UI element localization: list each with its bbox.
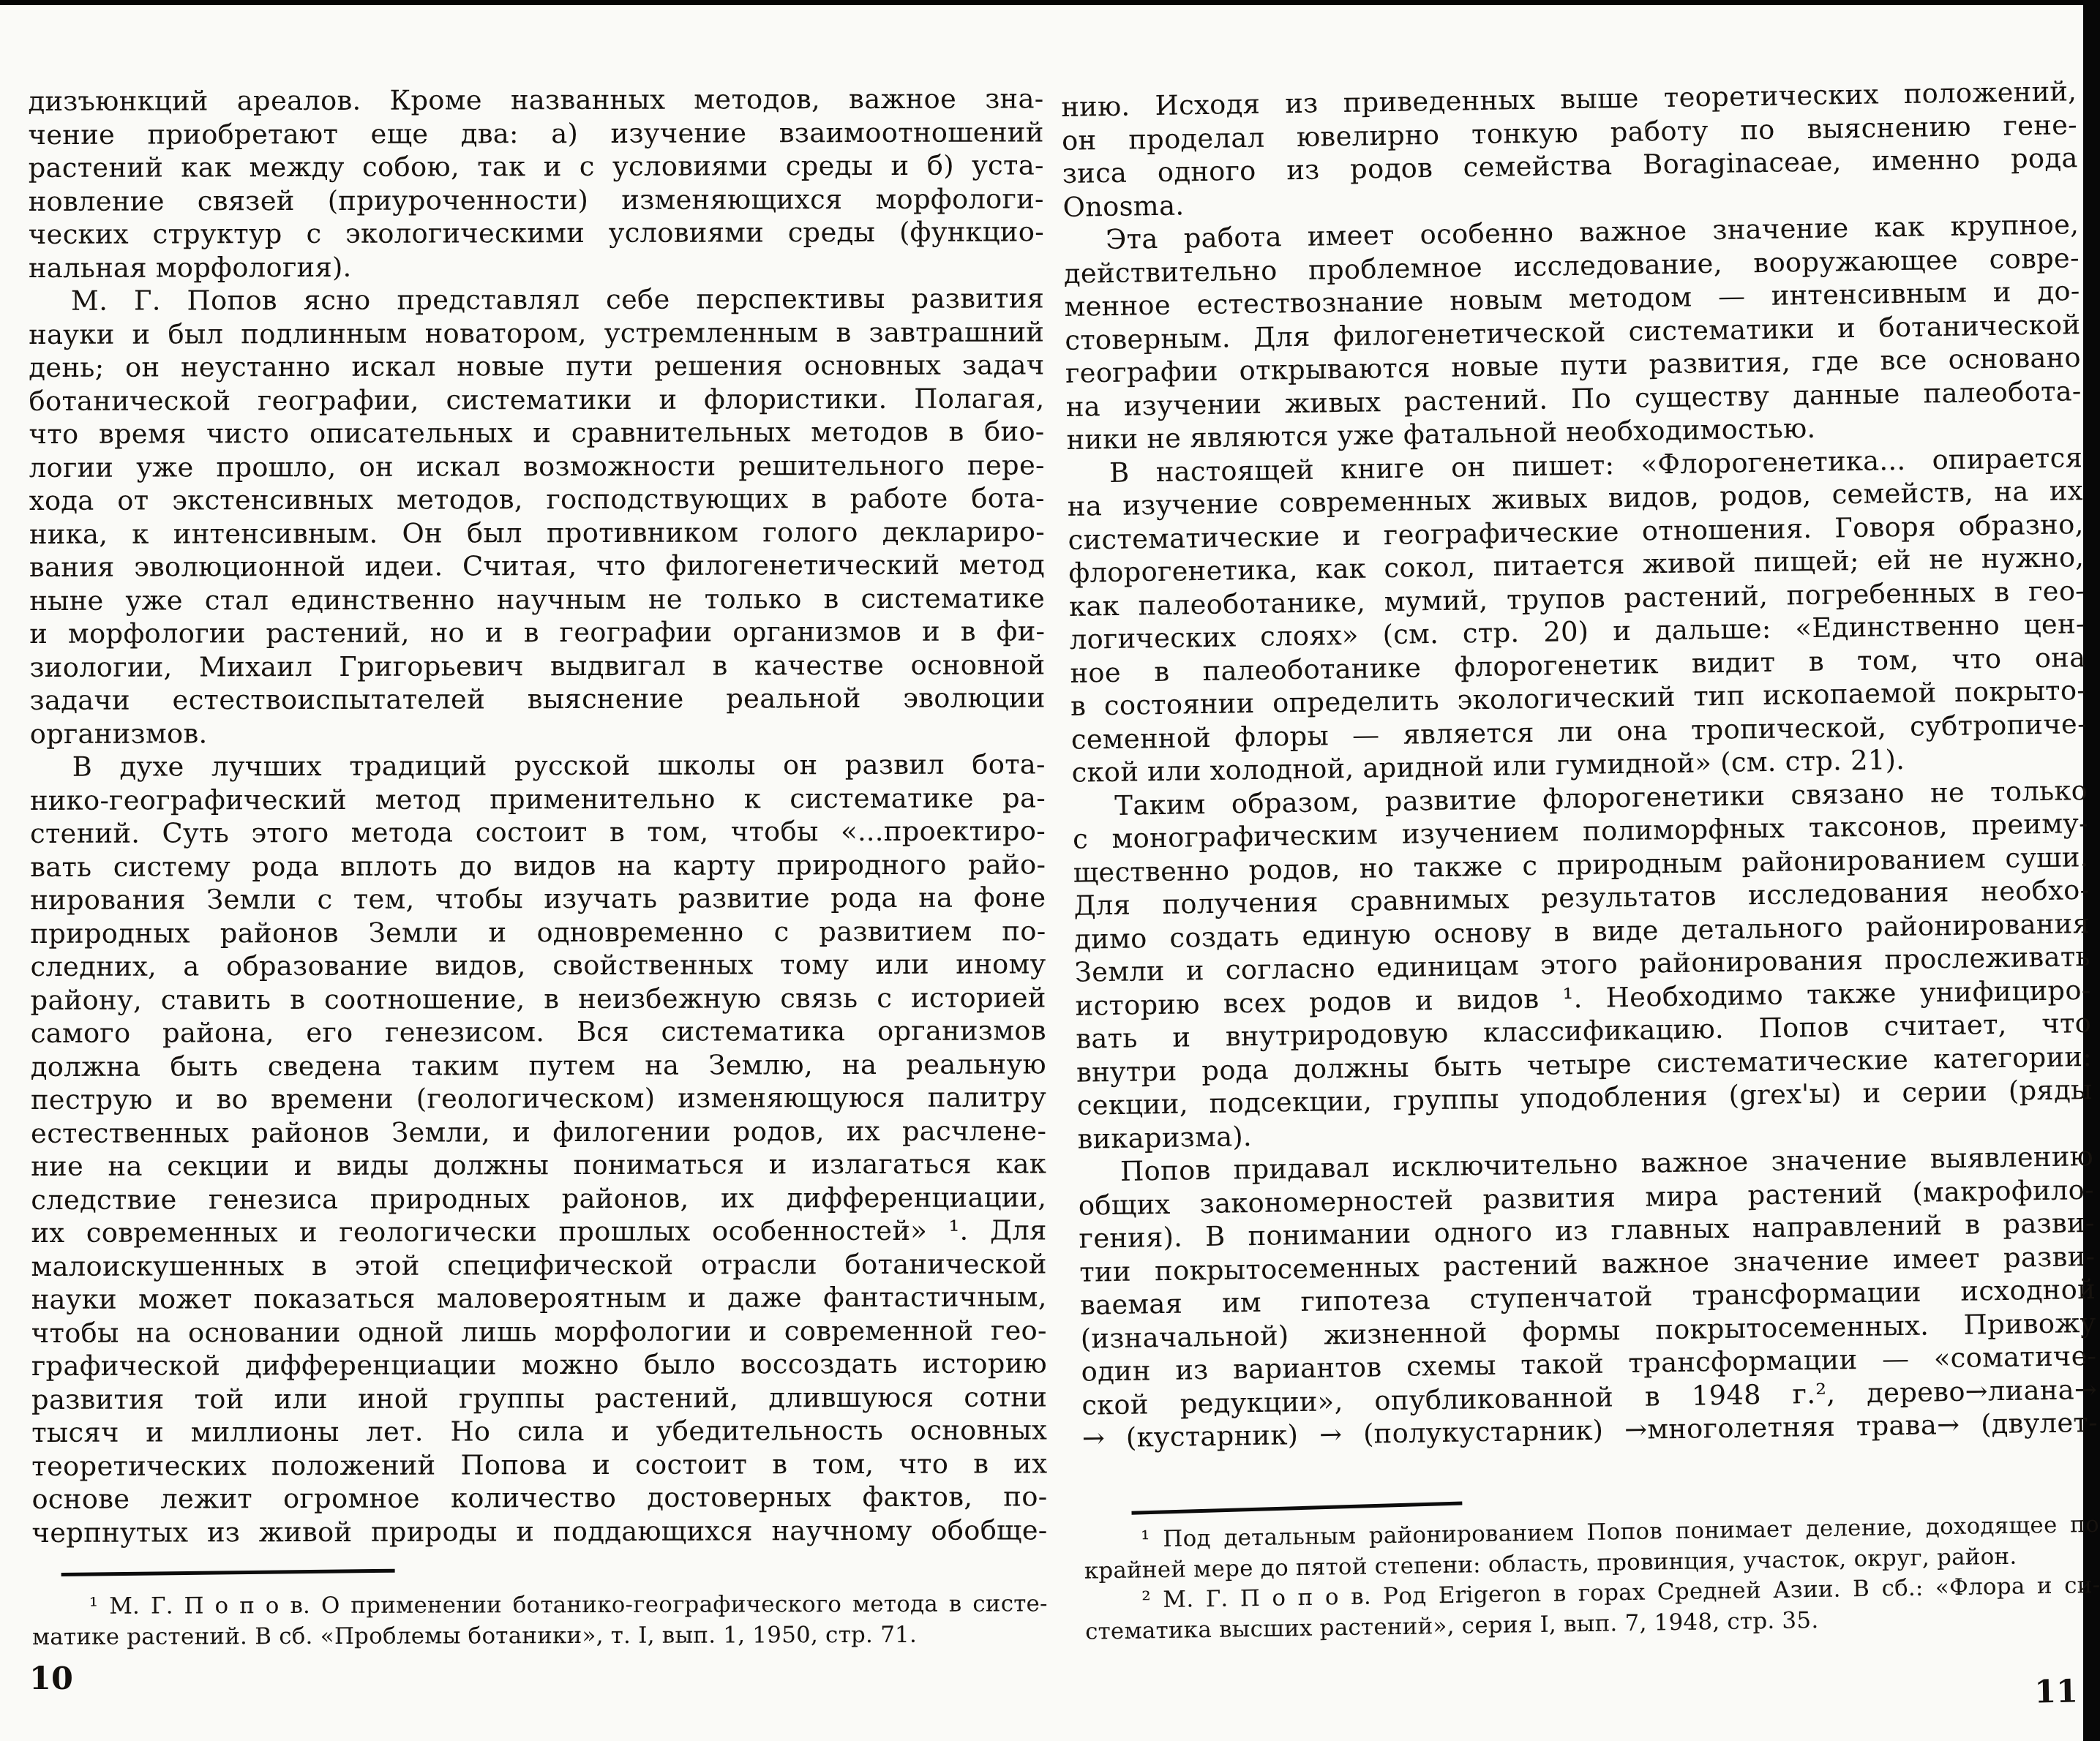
text-line: пеструю и во времени (геологическом) изм… xyxy=(31,1080,1046,1116)
text-line: матике растений. В сб. «Проблемы ботаник… xyxy=(32,1620,1048,1652)
left-page: дизъюнкций ареалов. Кроме названных мето… xyxy=(28,0,1048,1741)
text-line: нирования Земли с тем, чтобы изучать раз… xyxy=(30,881,1046,917)
text-line: природных районов Земли и одновременно с… xyxy=(30,914,1046,950)
text-line: чение приобретают еще два: а) изучение в… xyxy=(28,116,1043,151)
text-line: науки и был подлинным новатором, устремл… xyxy=(29,315,1044,351)
text-line: зиологии, Михаил Григорьевич выдвигал в … xyxy=(29,648,1045,684)
text-line: растений как между собою, так и с услови… xyxy=(29,148,1044,184)
book-spread-scan: дизъюнкций ареалов. Кроме названных мето… xyxy=(0,0,2100,1741)
text-line: вания эволюционной идеи. Считая, что фил… xyxy=(29,548,1045,584)
page-number-left: 10 xyxy=(29,1661,73,1697)
text-line: дизъюнкций ареалов. Кроме названных мето… xyxy=(28,82,1043,118)
text-line: чтобы на основании одной лишь морфологии… xyxy=(31,1314,1047,1350)
text-line: самого района, его генезисом. Вся систем… xyxy=(31,1014,1046,1050)
text-line: их современных и геологически прошлых ос… xyxy=(31,1214,1046,1249)
text-line: естественных районов Земли, и филогении … xyxy=(31,1114,1046,1150)
text-line: нико-географический метод применительно … xyxy=(30,781,1046,817)
text-line: ныне уже стал единственно научным не тол… xyxy=(29,582,1045,617)
text-line: и морфологии растений, но и в географии … xyxy=(29,614,1045,650)
text-line: району, ставить в соотношение, в неизбеж… xyxy=(31,981,1046,1017)
text-line: М. Г. Попов ясно представлял себе перспе… xyxy=(29,282,1044,317)
text-line: стений. Суть этого метода состоит в том,… xyxy=(30,814,1046,850)
text-line: теоретических положений Попова и состоит… xyxy=(31,1447,1047,1483)
text-line: тысяч и миллионы лет. Но сила и убедител… xyxy=(31,1413,1047,1449)
right-footnote-rule xyxy=(1131,1501,1462,1514)
text-line: должна быть сведена таким путем на Землю… xyxy=(31,1048,1046,1083)
right-page: нию. Исходя из приведенных выше теоретич… xyxy=(1060,0,2100,1741)
text-line: задачи естествоиспытателей выяснение реа… xyxy=(29,681,1045,717)
left-page-footnotes: ¹ М. Г. П о п о в. О применении ботанико… xyxy=(32,1589,1048,1652)
text-line: день; он неустанно искал новые пути реше… xyxy=(29,348,1044,384)
text-line: ника, к интенсивным. Он был противником … xyxy=(29,515,1045,551)
text-line: малоискушенных в этой специфической отра… xyxy=(31,1247,1046,1283)
page-number-right: 11 xyxy=(2027,1673,2079,1710)
text-line: следствие генезиса природных районов, их… xyxy=(31,1181,1046,1217)
text-line: новление связей (приуроченности) изменяю… xyxy=(29,182,1044,218)
text-line: вать систему рода вплоть до видов на кар… xyxy=(30,848,1046,884)
left-footnote-rule xyxy=(61,1569,395,1576)
text-line: черпнутых из живой природы и поддающихся… xyxy=(31,1513,1047,1549)
text-line: ¹ М. Г. П о п о в. О применении ботанико… xyxy=(32,1589,1048,1622)
left-page-body-text: дизъюнкций ареалов. Кроме названных мето… xyxy=(28,82,1047,1549)
text-line: науки может показаться маловероятным и д… xyxy=(31,1280,1047,1316)
text-line: основе лежит огромное количество достове… xyxy=(31,1480,1047,1516)
text-line: графической дифференциации можно было во… xyxy=(31,1347,1047,1383)
text-line: логии уже прошло, он искал возможности р… xyxy=(29,448,1045,484)
text-line: следних, а образование видов, свойственн… xyxy=(30,947,1046,983)
text-line: организмов. xyxy=(30,715,1046,751)
text-line: нальная морфология). xyxy=(29,249,1044,285)
text-line: что время чисто описательных и сравнител… xyxy=(29,415,1044,451)
text-line: развития той или иной группы растений, д… xyxy=(31,1380,1047,1416)
text-line: ботанической географии, систематики и фл… xyxy=(29,382,1044,418)
right-page-body-text: нию. Исходя из приведенных выше теоретич… xyxy=(1061,75,2098,1455)
text-line: ческих структур с экологическими условия… xyxy=(29,215,1044,251)
text-line: ние на секции и виды должны пониматься и… xyxy=(31,1147,1046,1183)
text-line: В духе лучших традиций русской школы он … xyxy=(30,748,1046,783)
right-page-footnotes: ¹ Под детальным районированием Попов пон… xyxy=(1084,1510,2100,1647)
text-line: хода от экстенсивных методов, господству… xyxy=(29,481,1045,517)
